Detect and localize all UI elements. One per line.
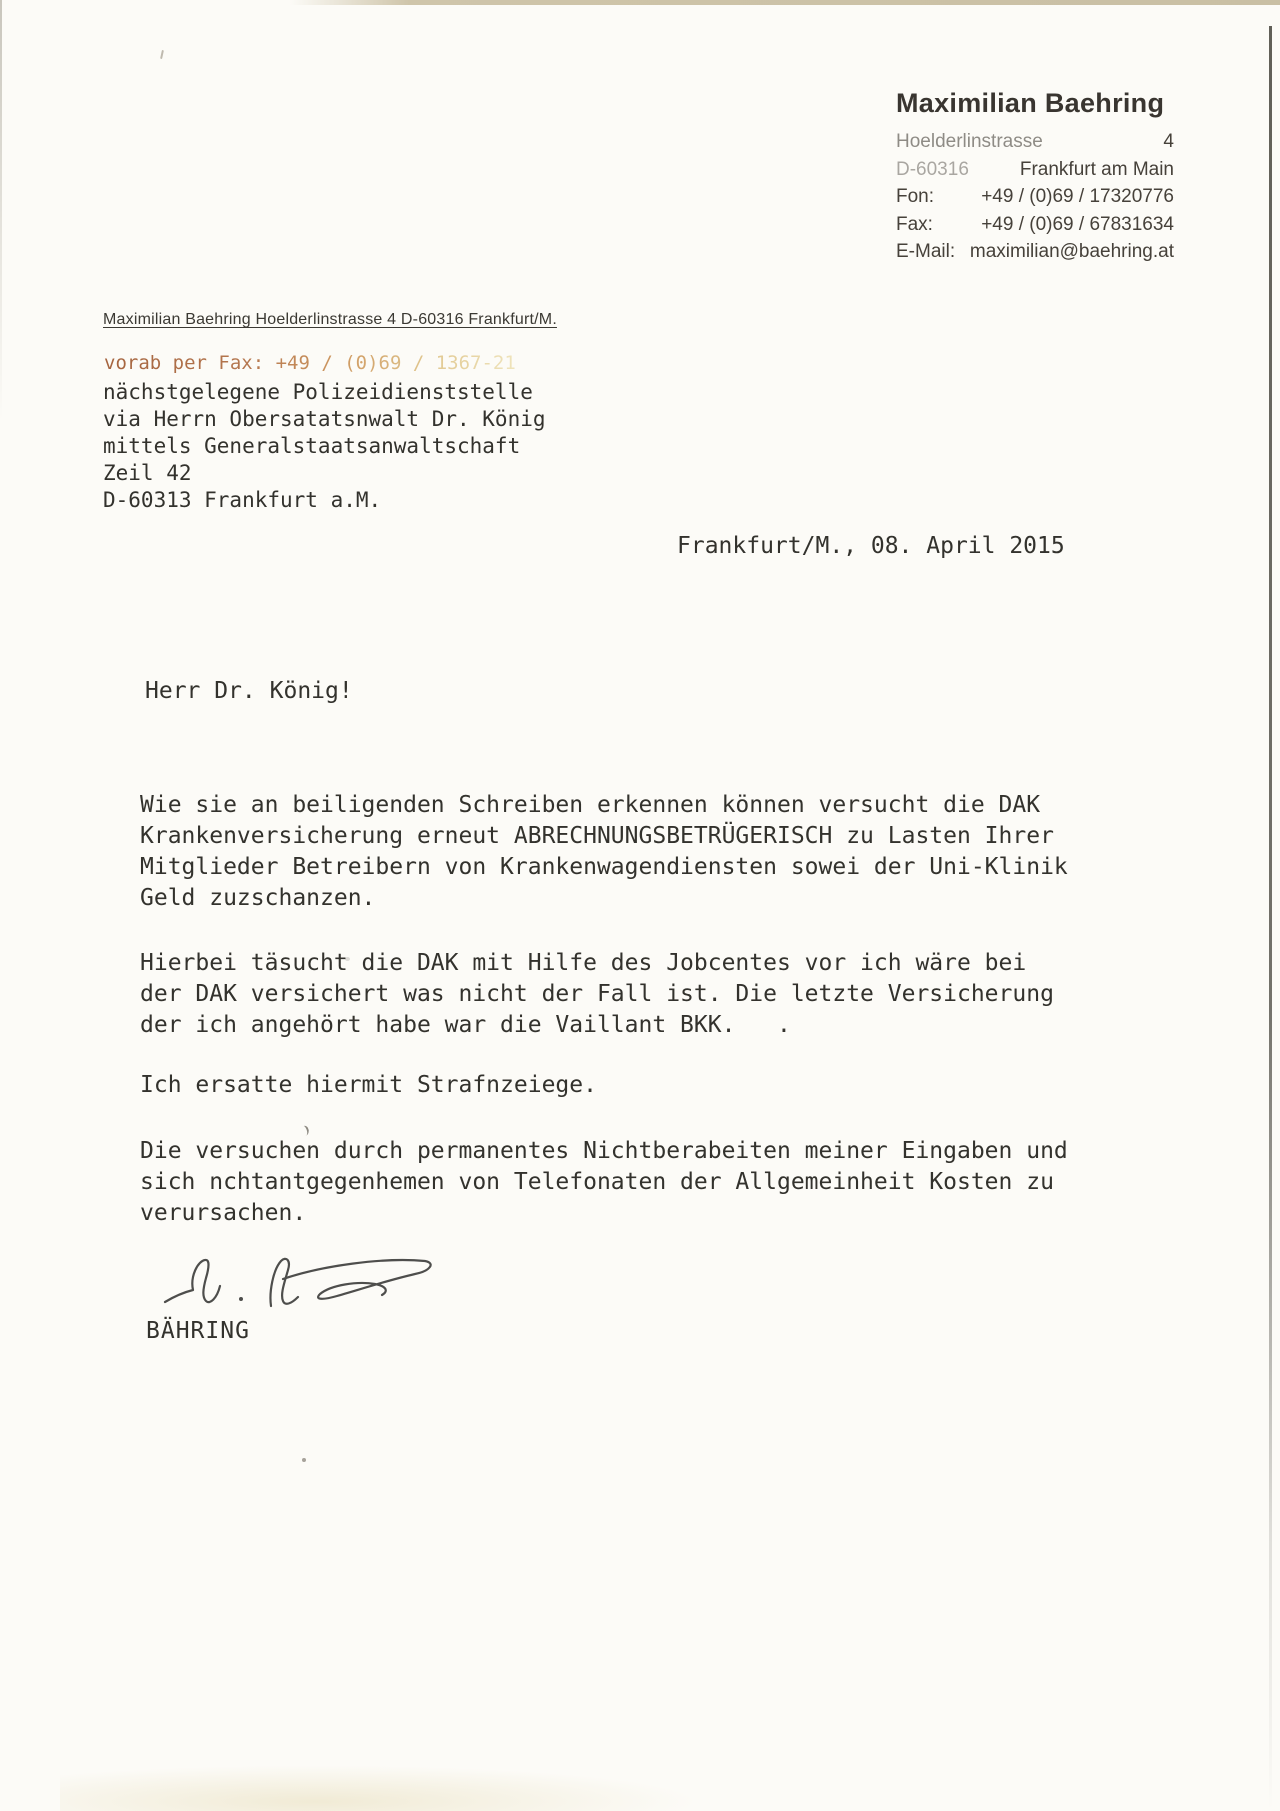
letterhead-city: Frankfurt am Main [1020, 156, 1174, 184]
email-value: maximilian@baehring.at [970, 238, 1174, 266]
scan-edge-left [0, 0, 2, 420]
date-line: Frankfurt/M., 08. April 2015 [677, 533, 1065, 559]
email-label: E-Mail: [896, 238, 968, 266]
recipient-line: D-60313 Frankfurt a.M. [103, 487, 546, 514]
scan-edge-top [290, 0, 1280, 5]
scan-artifact [302, 1458, 306, 1462]
letterhead-street-row: Hoelderlinstrasse 4 [896, 128, 1174, 156]
body-line: Ich ersatte hiermit Strafnzeiege. [140, 1070, 597, 1101]
body-line: Geld zuzschanzen. [140, 883, 1068, 914]
body-line: sich nchtantgegenhemen von Telefonaten d… [140, 1167, 1068, 1198]
recipient-line: via Herrn Obersatatsnwalt Dr. König [103, 406, 546, 433]
body-line: Die versuchen durch permanentes Nichtber… [140, 1136, 1068, 1167]
letterhead-city-row: D-60316 Frankfurt am Main [896, 156, 1174, 184]
fax-transmission-note: vorab per Fax: +49 / (0)69 / 1367-21 [104, 352, 516, 374]
recipient-line: Zeil 42 [103, 460, 546, 487]
letterhead-fon-row: Fon: +49 / (0)69 / 17320776 [896, 183, 1174, 211]
letterhead: Maximilian Baehring Hoelderlinstrasse 4 … [896, 88, 1174, 266]
scan-edge-right [1269, 26, 1272, 1811]
letterhead-postal-code: D-60316 [896, 156, 969, 184]
scanned-letter-page: Maximilian Baehring Hoelderlinstrasse 4 … [0, 0, 1280, 1811]
letterhead-street-number: 4 [1163, 128, 1174, 156]
salutation: Herr Dr. König! [145, 678, 353, 704]
sender-line: Maximilian Baehring Hoelderlinstrasse 4 … [103, 311, 557, 329]
fax-value: +49 / (0)69 / 67831634 [981, 211, 1174, 239]
body-line: Wie sie an beiligenden Schreiben erkenne… [140, 790, 1068, 821]
paragraph-4: Die versuchen durch permanentes Nichtber… [140, 1136, 1068, 1229]
paragraph-2: Hierbei täsucht die DAK mit Hilfe des Jo… [140, 948, 1054, 1041]
letterhead-name: Maximilian Baehring [896, 88, 1174, 119]
recipient-line: mittels Generalstaatsanwaltschaft [103, 433, 546, 460]
fax-label: Fax: [896, 211, 968, 239]
signature-name: BÄHRING [146, 1318, 250, 1344]
scan-smudge [60, 1765, 700, 1811]
body-line: der ich angehört habe war die Vaillant B… [140, 1010, 1054, 1041]
body-line: Hierbei täsucht die DAK mit Hilfe des Jo… [140, 948, 1054, 979]
body-line: Mitglieder Betreibern von Krankenwagendi… [140, 852, 1068, 883]
recipient-address: nächstgelegene Polizeidienststelle via H… [103, 379, 546, 514]
body-line: der DAK versichert was nicht der Fall is… [140, 979, 1054, 1010]
paragraph-1: Wie sie an beiligenden Schreiben erkenne… [140, 790, 1068, 914]
handwritten-signature [158, 1248, 440, 1318]
recipient-line: nächstgelegene Polizeidienststelle [103, 379, 546, 406]
paragraph-3: Ich ersatte hiermit Strafnzeiege. [140, 1070, 597, 1101]
scan-artifact [160, 50, 164, 59]
body-line: verursachen. [140, 1198, 1068, 1229]
body-line: Krankenversicherung erneut ABRECHNUNGSBE… [140, 821, 1068, 852]
fon-value: +49 / (0)69 / 17320776 [981, 183, 1174, 211]
letterhead-fax-row: Fax: +49 / (0)69 / 67831634 [896, 211, 1174, 239]
letterhead-email-row: E-Mail: maximilian@baehring.at [896, 238, 1174, 266]
fon-label: Fon: [896, 183, 968, 211]
letterhead-street: Hoelderlinstrasse [896, 128, 1043, 156]
